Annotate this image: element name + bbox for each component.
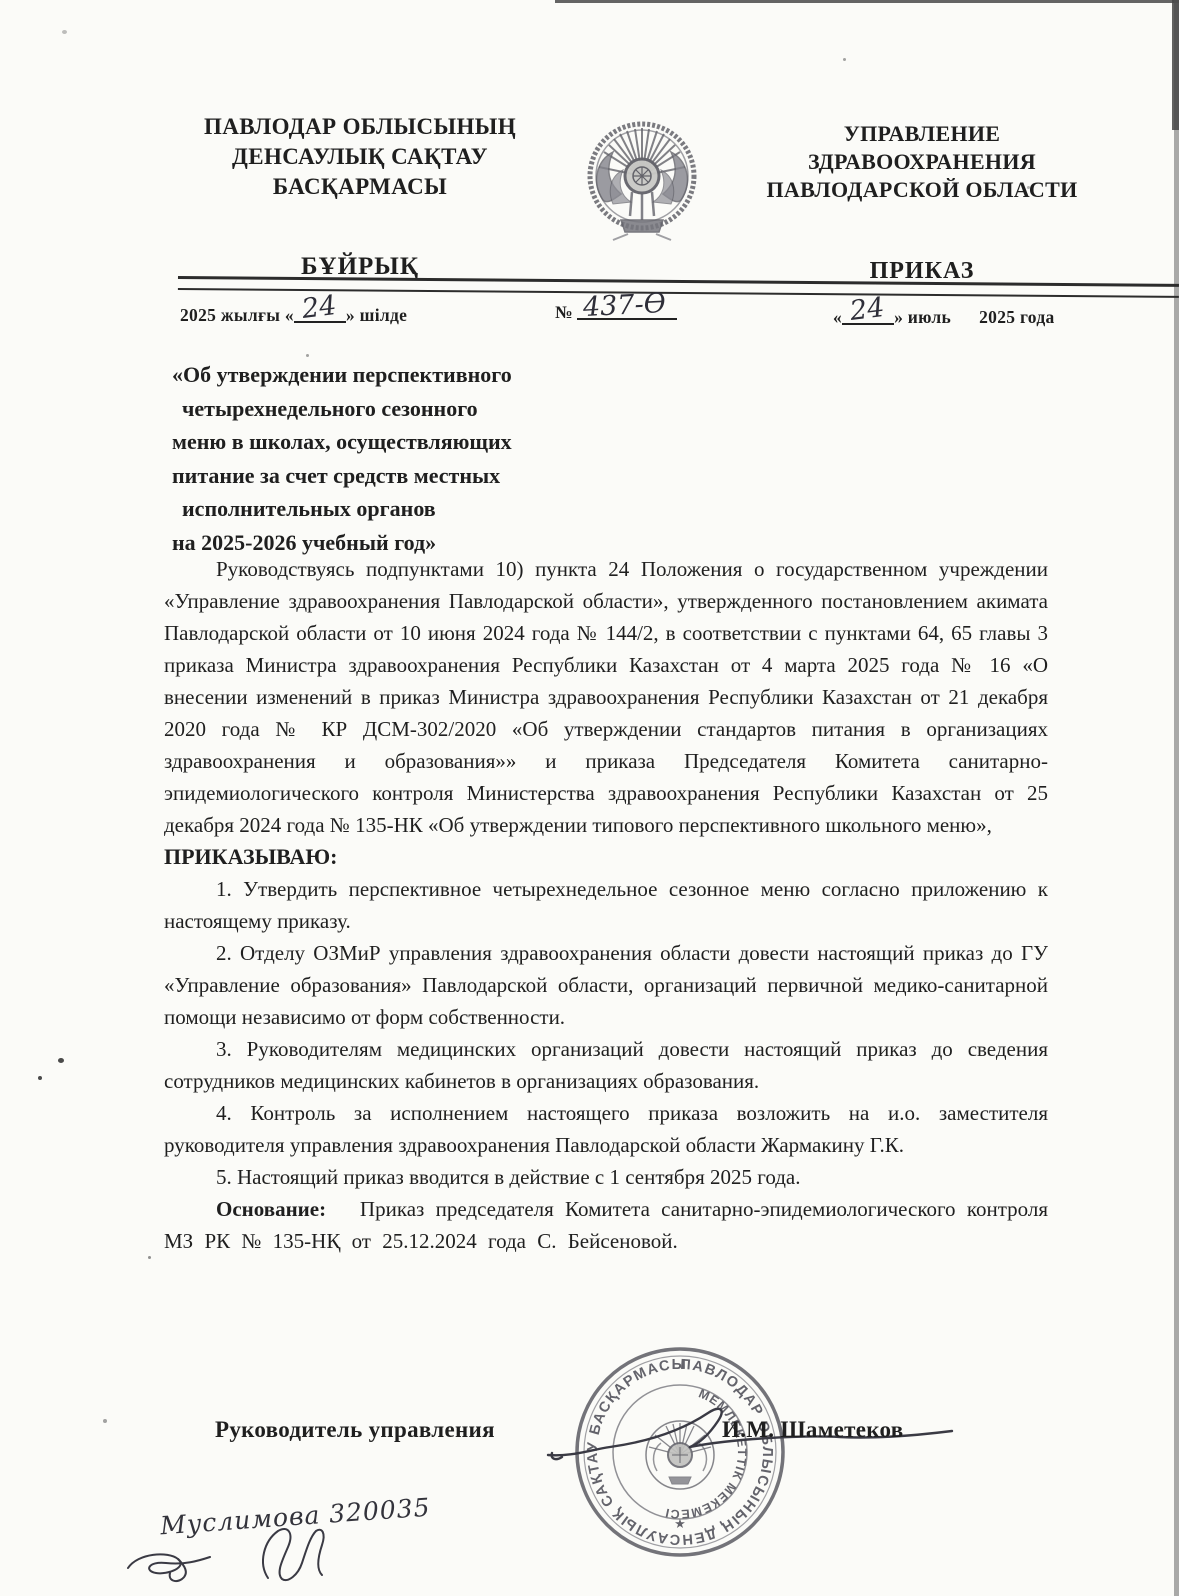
handwritten-day-kk: 24 bbox=[300, 290, 338, 325]
stamp-star-icon: ★ bbox=[674, 1516, 686, 1531]
preamble-paragraph: Руководствуясь подпунктами 10) пункта 24… bbox=[164, 553, 1048, 841]
order-number-blank: 437-Ө bbox=[577, 300, 677, 320]
kazakhstan-coat-of-arms-icon bbox=[583, 112, 701, 252]
handwritten-day-ru: 24 bbox=[848, 292, 886, 327]
executor-signatures bbox=[118, 1523, 378, 1593]
handwritten-order-number: 437-Ө bbox=[583, 288, 667, 323]
scan-speck bbox=[306, 354, 309, 357]
basis-paragraph: Основание: Приказ председателя Комитета … bbox=[164, 1193, 1048, 1257]
org-name-kk-line: БАСҚАРМАСЫ bbox=[178, 172, 542, 202]
signatory-name: И.М. Шаметеков bbox=[722, 1417, 903, 1443]
date-kk-day-blank: 24 bbox=[294, 303, 346, 323]
org-name-kazakh: ПАВЛОДАР ОБЛЫСЫНЫҢ ДЕНСАУЛЫҚ САҚТАУ БАСҚ… bbox=[178, 112, 542, 282]
order-item-5: 5. Настоящий приказ вводится в действие … bbox=[164, 1161, 1048, 1193]
number-sign: № bbox=[555, 302, 573, 322]
title-line: меню в школах, осуществляющих bbox=[172, 425, 622, 459]
order-number: № 437-Ө bbox=[555, 300, 677, 323]
scan-speck bbox=[38, 1076, 42, 1080]
org-name-kk-line: ДЕНСАУЛЫҚ САҚТАУ bbox=[178, 142, 542, 172]
title-line: четырехнедельного сезонного bbox=[172, 392, 622, 426]
order-body: Руководствуясь подпунктами 10) пункта 24… bbox=[164, 553, 1048, 1257]
basis-label: Основание: bbox=[216, 1197, 326, 1221]
scan-speck bbox=[103, 1419, 107, 1423]
org-name-ru-line: ЗДРАВООХРАНЕНИЯ bbox=[742, 148, 1102, 176]
date-ru-prefix: « bbox=[833, 307, 842, 327]
title-line: исполнительных органов bbox=[172, 492, 622, 526]
title-line: «Об утверждении перспективного bbox=[172, 358, 622, 392]
scan-edge-top bbox=[555, 0, 1179, 3]
signatory-position: Руководитель управления bbox=[215, 1417, 495, 1443]
order-item-4: 4. Контроль за исполнением настоящего пр… bbox=[164, 1097, 1048, 1161]
scan-edge-right bbox=[1174, 0, 1179, 1596]
dateline: 2025 жылғы «24» шілде № 437-Ө «24» июль2… bbox=[0, 297, 1179, 337]
order-item-3: 3. Руководителям медицинских организаций… bbox=[164, 1033, 1048, 1097]
org-name-ru-line: УПРАВЛЕНИЕ bbox=[742, 120, 1102, 148]
title-line: питание за счет средств местных bbox=[172, 459, 622, 493]
order-item-1: 1. Утвердить перспективное четырехнедель… bbox=[164, 873, 1048, 937]
org-name-ru-line: ПАВЛОДАРСКОЙ ОБЛАСТИ bbox=[742, 176, 1102, 204]
order-word: ПРИКАЗЫВАЮ: bbox=[164, 841, 1048, 873]
org-name-russian: УПРАВЛЕНИЕ ЗДРАВООХРАНЕНИЯ ПАВЛОДАРСКОЙ … bbox=[742, 120, 1102, 285]
scanned-order-document: ПАВЛОДАР ОБЛЫСЫНЫҢ ДЕНСАУЛЫҚ САҚТАУ БАСҚ… bbox=[0, 0, 1179, 1596]
scan-speck bbox=[843, 58, 846, 61]
date-kazakh: 2025 жылғы «24» шілде bbox=[180, 303, 407, 326]
scan-speck bbox=[62, 30, 67, 34]
scan-speck bbox=[58, 1058, 64, 1063]
scan-edge-right-dark bbox=[1172, 0, 1179, 130]
date-ru-day-blank: 24 bbox=[842, 305, 894, 325]
order-title: «Об утверждении перспективного четырехне… bbox=[172, 358, 622, 559]
date-ru-year: 2025 года bbox=[979, 307, 1054, 327]
order-item-2: 2. Отделу ОЗМиР управления здравоохранен… bbox=[164, 937, 1048, 1033]
date-kk-prefix: 2025 жылғы « bbox=[180, 305, 294, 325]
date-ru-suffix: » июль bbox=[894, 307, 951, 327]
org-name-kk-line: ПАВЛОДАР ОБЛЫСЫНЫҢ bbox=[178, 112, 542, 142]
scan-speck bbox=[148, 1256, 151, 1259]
date-russian: «24» июль2025 года bbox=[833, 305, 1055, 328]
date-kk-suffix: » шілде bbox=[346, 305, 407, 325]
